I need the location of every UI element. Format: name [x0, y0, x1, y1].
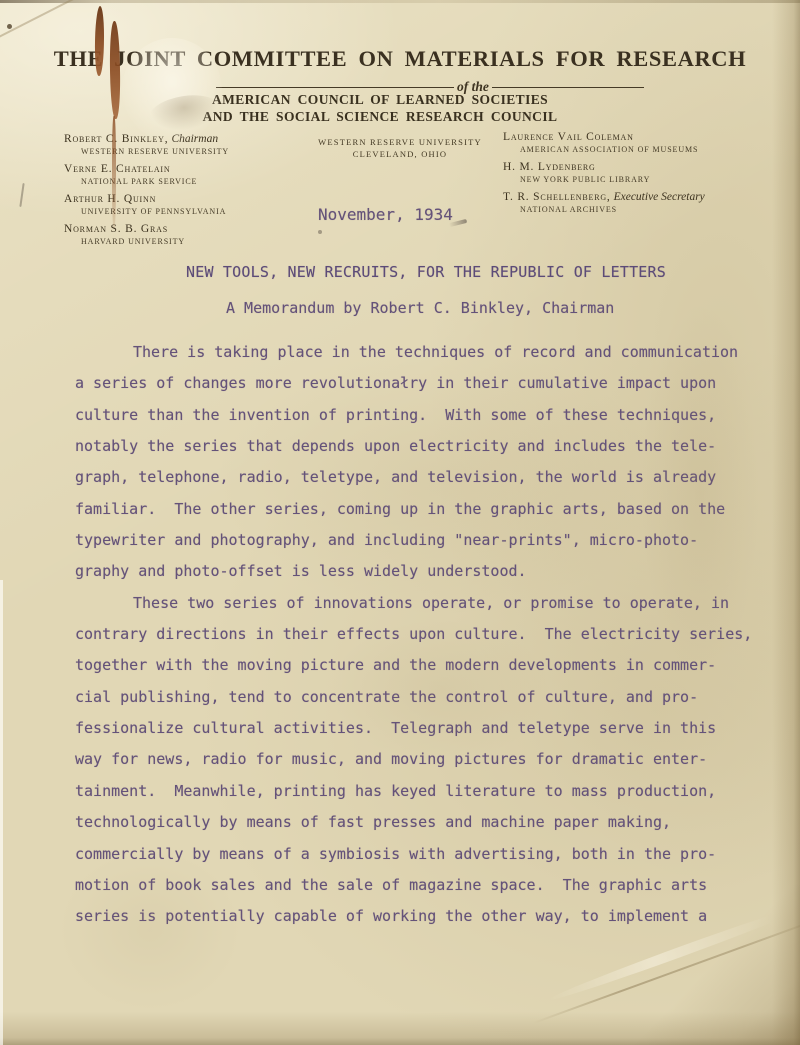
committee-member: Laurence Vail Coleman AMERICAN ASSOCIATI… [503, 131, 773, 155]
members-column-left: Robert C. Binkley,Chairman WESTERN RESER… [64, 133, 304, 253]
committee-member: Norman S. B. Gras HARVARD UNIVERSITY [64, 223, 304, 247]
member-name: H. M. Lydenberg [503, 161, 773, 174]
member-name-text: T. R. Schellenberg, [503, 191, 611, 203]
committee-member: Arthur H. Quinn UNIVERSITY OF PENNSYLVAN… [64, 193, 304, 217]
memo-line: There is taking place in the techniques … [75, 337, 765, 368]
memo-line: typewriter and photography, and includin… [75, 525, 765, 556]
council-line-1: AMERICAN COUNCIL OF LEARNED SOCIETIES [168, 92, 592, 108]
members-column-right: Laurence Vail Coleman AMERICAN ASSOCIATI… [503, 131, 773, 221]
memo-line: fessionalize cultural activities. Telegr… [75, 713, 765, 744]
member-affiliation: UNIVERSITY OF PENNSYLVANIA [64, 207, 304, 217]
date-line: November, 1934 [318, 205, 453, 224]
memo-line: culture than the invention of printing. … [75, 400, 765, 431]
memo-line: commercially by means of a symbiosis wit… [75, 839, 765, 870]
member-name: T. R. Schellenberg,Executive Secretary [503, 191, 773, 204]
divider-rule-left [216, 87, 454, 88]
memo-line: series is potentially capable of working… [75, 901, 765, 932]
scanned-memo-page: THE JOINT COMMITTEE ON MATERIALS FOR RES… [0, 0, 800, 1045]
committee-member: Verne E. Chatelain NATIONAL PARK SERVICE [64, 163, 304, 187]
member-role-text: Executive Secretary [614, 191, 705, 203]
pencil-mark [19, 183, 24, 207]
member-name: Robert C. Binkley,Chairman [64, 133, 304, 146]
member-affiliation: NATIONAL PARK SERVICE [64, 177, 304, 187]
member-name: Norman S. B. Gras [64, 223, 304, 236]
member-name-text: H. M. Lydenberg [503, 161, 596, 173]
member-name: Verne E. Chatelain [64, 163, 304, 176]
member-affiliation: NATIONAL ARCHIVES [503, 205, 773, 215]
corner-crease [0, 0, 83, 40]
member-affiliation: NEW YORK PUBLIC LIBRARY [503, 175, 773, 185]
member-name-text: Laurence Vail Coleman [503, 131, 634, 143]
memo-line: a series of changes more revolutionałry … [75, 368, 765, 399]
divider-rule-right [492, 87, 644, 88]
address-line-2: CLEVELAND, OHIO [300, 148, 500, 160]
paper-left-edge [0, 580, 3, 1045]
memo-line: way for news, radio for music, and movin… [75, 744, 765, 775]
paper-top-edge [0, 0, 800, 3]
member-name-text: Norman S. B. Gras [64, 223, 168, 235]
memo-line: technologically by means of fast presses… [75, 807, 765, 838]
member-affiliation: HARVARD UNIVERSITY [64, 237, 304, 247]
memo-line: cial publishing, tend to concentrate the… [75, 682, 765, 713]
committee-member: T. R. Schellenberg,Executive Secretary N… [503, 191, 773, 215]
letterhead-address: WESTERN RESERVE UNIVERSITY CLEVELAND, OH… [300, 136, 500, 160]
memo-line: graph, telephone, radio, teletype, and t… [75, 462, 765, 493]
member-name: Arthur H. Quinn [64, 193, 304, 206]
memo-body: There is taking place in the techniques … [75, 337, 765, 933]
memo-line: These two series of innovations operate,… [75, 588, 765, 619]
committee-member: Robert C. Binkley,Chairman WESTERN RESER… [64, 133, 304, 157]
committee-member: H. M. Lydenberg NEW YORK PUBLIC LIBRARY [503, 161, 773, 185]
memo-line: graphy and photo-offset is less widely u… [75, 556, 765, 587]
memo-line: familiar. The other series, coming up in… [75, 494, 765, 525]
member-role-text: Chairman [171, 133, 218, 145]
memo-byline: A Memorandum by Robert C. Binkley, Chair… [226, 299, 614, 317]
memo-line: tainment. Meanwhile, printing has keyed … [75, 776, 765, 807]
memo-line: notably the series that depends upon ele… [75, 431, 765, 462]
memo-line: contrary directions in their effects upo… [75, 619, 765, 650]
memo-line: together with the moving picture and the… [75, 650, 765, 681]
letterhead-title: THE JOINT COMMITTEE ON MATERIALS FOR RES… [0, 46, 800, 72]
pencil-mark [318, 230, 322, 234]
member-affiliation: WESTERN RESERVE UNIVERSITY [64, 147, 304, 157]
council-line-2: AND THE SOCIAL SCIENCE RESEARCH COUNCIL [168, 109, 592, 125]
address-line-1: WESTERN RESERVE UNIVERSITY [300, 136, 500, 148]
member-affiliation: AMERICAN ASSOCIATION OF MUSEUMS [503, 145, 773, 155]
member-name-text: Robert C. Binkley, [64, 133, 168, 145]
member-name-text: Verne E. Chatelain [64, 163, 170, 175]
memo-title: NEW TOOLS, NEW RECRUITS, FOR THE REPUBLI… [186, 263, 666, 281]
memo-line: motion of book sales and the sale of mag… [75, 870, 765, 901]
ink-spot [7, 24, 12, 29]
member-name: Laurence Vail Coleman [503, 131, 773, 144]
member-name-text: Arthur H. Quinn [64, 193, 156, 205]
